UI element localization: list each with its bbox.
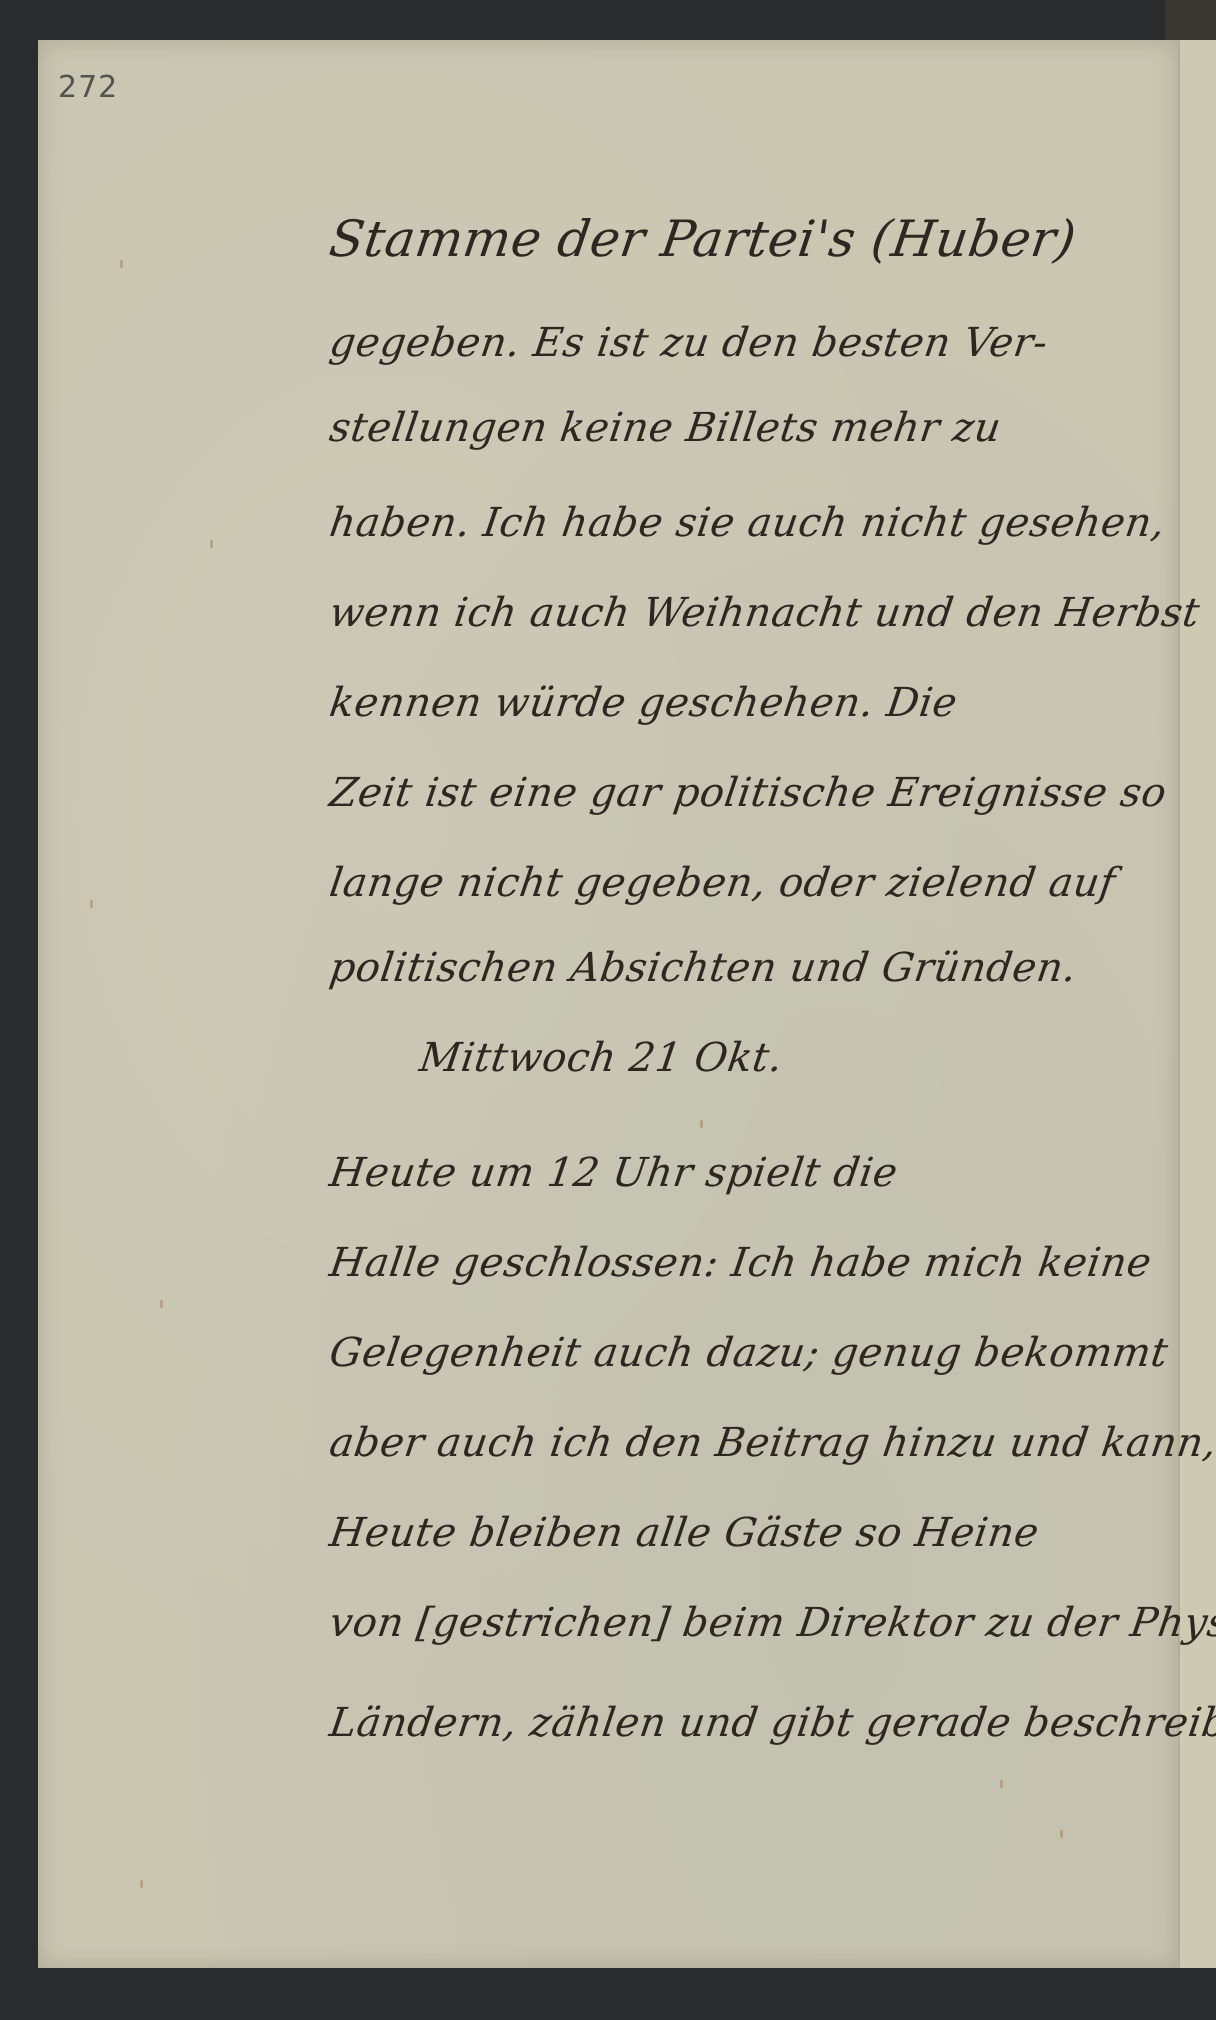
book-binding (1165, 0, 1216, 44)
paper-speck (700, 1120, 703, 1128)
text-line-4: haben. Ich habe sie auch nicht gesehen, (327, 500, 1168, 546)
paper-speck (1060, 1830, 1063, 1838)
text-line-9: politischen Absichten und Gründen. (327, 945, 1080, 991)
paper-speck (140, 1880, 143, 1888)
text-line-15: Heute bleiben alle Gäste so Heine (327, 1510, 1042, 1556)
page-fold (1178, 40, 1216, 1968)
text-line-1: Stamme der Partei's (Huber) (326, 210, 1080, 268)
text-line-3: stellungen keine Billets mehr zu (327, 405, 1004, 451)
paper-speck (210, 540, 213, 548)
text-line-16: von [gestrichen] beim Direktor zu der Ph… (327, 1600, 1216, 1646)
paper-speck (160, 1300, 163, 1308)
date-heading: Mittwoch 21 Okt. (417, 1035, 786, 1081)
text-line-7: Zeit ist eine gar politische Ereignisse … (327, 770, 1170, 816)
text-line-8: lange nicht gegeben, oder zielend auf (327, 860, 1119, 906)
text-line-2: gegeben. Es ist zu den besten Ver- (327, 320, 1051, 366)
text-line-11: Heute um 12 Uhr spielt die (327, 1150, 901, 1196)
text-line-6: kennen würde geschehen. Die (327, 680, 960, 726)
folio-number: 272 (58, 70, 118, 105)
paper-speck (1000, 1780, 1003, 1788)
text-line-17: Ländern, zählen und gibt gerade beschrei… (327, 1700, 1216, 1746)
text-line-14: aber auch ich den Beitrag hinzu und kann… (327, 1420, 1216, 1466)
text-line-5: wenn ich auch Weihnacht und den Herbst (327, 590, 1203, 636)
paper-speck (90, 900, 93, 908)
text-line-13: Gelegenheit auch dazu; genug bekommt (327, 1330, 1171, 1376)
text-line-12: Halle geschlossen: Ich habe mich keine (327, 1240, 1155, 1286)
paper-speck (120, 260, 123, 268)
